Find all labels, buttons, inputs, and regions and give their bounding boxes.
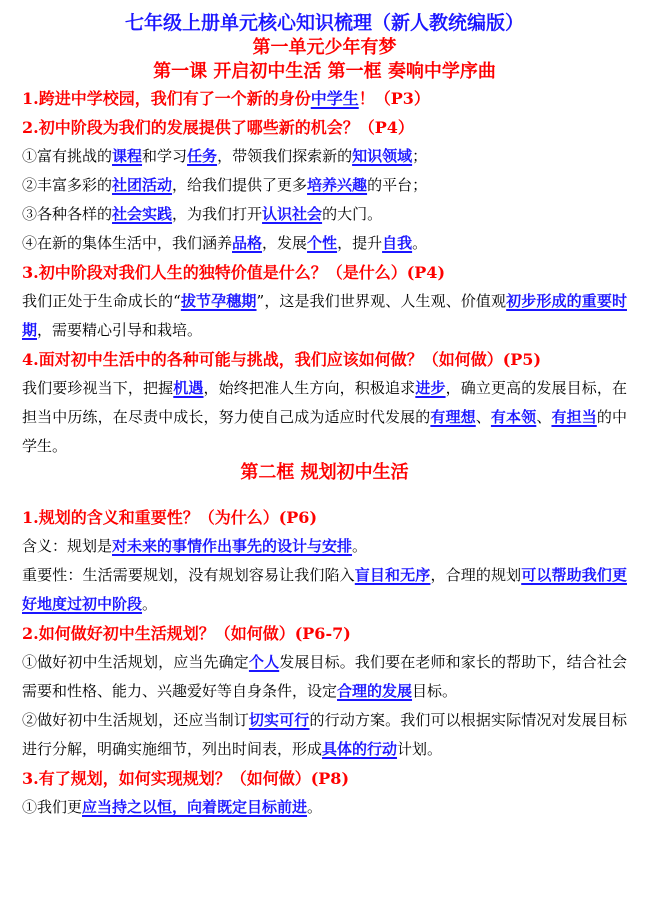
key-term: 有理想	[430, 408, 475, 426]
text-segment: ①做好初中生活规划，应当先确定	[22, 653, 249, 671]
text-segment: 1.跨进中学校园，我们有了一个新的身份	[22, 89, 311, 108]
key-term: 切实可行	[249, 711, 310, 729]
text-segment: ；	[412, 147, 427, 165]
answer-4: 我们要珍视当下，把握机遇，始终把准人生方向，积极追求进步，确立更高的发展目标，在…	[22, 374, 627, 461]
answer-2-1-meaning: 含义：规划是对未来的事情作出事先的设计与安排。	[22, 532, 627, 561]
text-segment: 3.初中阶段对我们人生的独特价值是什么？（是什么）(P4)	[22, 263, 445, 282]
text-segment: ，发展	[262, 234, 307, 252]
text-segment: ①我们更	[22, 798, 82, 816]
answer-2-2-point-1: ①做好初中生活规划，应当先确定个人发展目标。我们要在老师和家长的帮助下，结合社会…	[22, 648, 627, 706]
question-4: 4.面对初中生活中的各种可能与挑战，我们应该如何做？（如何做）(P5)	[22, 345, 627, 374]
answer-2-point-4: ④在新的集体生活中，我们涵养品格，发展个性，提升自我。	[22, 229, 627, 258]
key-term: 个人	[249, 653, 279, 671]
key-term: 盲目和无序	[355, 566, 431, 584]
lesson-frame-heading: 第一课 开启初中生活 第一框 奏响中学序曲	[22, 60, 627, 84]
key-term: 培养兴趣	[307, 176, 367, 194]
text-segment: ，带领我们探索新的	[217, 147, 352, 165]
text-segment: 2.初中阶段为我们的发展提供了哪些新的机会？（P4）	[22, 118, 414, 137]
key-term: 认识社会	[262, 205, 322, 223]
frame-2-heading: 第二框 规划初中生活	[22, 461, 627, 485]
question-1: 1.跨进中学校园，我们有了一个新的身份中学生！（P3）	[22, 84, 627, 113]
text-segment: ，需要精心引导和栽培。	[37, 321, 202, 339]
key-term: 合理的发展	[337, 682, 412, 700]
key-term: 任务	[187, 147, 217, 165]
key-term: 自我	[382, 234, 412, 252]
key-term: 社会实践	[112, 205, 172, 223]
text-segment: ②丰富多彩的	[22, 176, 112, 194]
text-segment: ，为我们打开	[172, 205, 262, 223]
key-term: 具体的行动	[322, 740, 397, 758]
key-term: 知识领域	[352, 147, 412, 165]
key-term: 中学生	[311, 89, 359, 108]
text-segment: 的大门。	[322, 205, 382, 223]
answer-2-point-3: ③各种各样的社会实践，为我们打开认识社会的大门。	[22, 200, 627, 229]
key-term: 有本领	[491, 408, 536, 426]
document-body: 七年级上册单元核心知识梳理（新人教统编版）第一单元少年有梦第一课 开启初中生活 …	[0, 0, 649, 822]
text-segment: 含义：规划是	[22, 537, 112, 555]
doc-title: 七年级上册单元核心知识梳理（新人教统编版）	[22, 10, 627, 36]
question-3: 3.初中阶段对我们人生的独特价值是什么？（是什么）(P4)	[22, 258, 627, 287]
text-segment: 目标。	[412, 682, 457, 700]
key-term: 拔节孕穗期	[181, 292, 257, 310]
text-segment: 、	[536, 408, 551, 426]
text-segment: 。	[307, 798, 322, 816]
answer-2-1-importance: 重要性：生活需要规划，没有规划容易让我们陷入盲目和无序，合理的规划可以帮助我们更…	[22, 561, 627, 619]
text-segment: 的平台；	[367, 176, 427, 194]
text-segment: 。	[412, 234, 427, 252]
text-segment: 重要性：生活需要规划，没有规划容易让我们陷入	[22, 566, 355, 584]
text-segment: ③各种各样的	[22, 205, 112, 223]
text-segment: ，给我们提供了更多	[172, 176, 307, 194]
text-segment: ”，这是我们世界观、人生观、价值观	[257, 292, 507, 310]
key-term: 应当持之以恒，向着既定目标前进	[82, 798, 307, 816]
text-segment: 我们要珍视当下，把握	[22, 379, 173, 397]
text-segment: 4.面对初中生活中的各种可能与挑战，我们应该如何做？（如何做）(P5)	[22, 350, 541, 369]
answer-2-point-2: ②丰富多彩的社团活动，给我们提供了更多培养兴趣的平台；	[22, 171, 627, 200]
answer-2-2-point-2: ②做好初中生活规划，还应当制订切实可行的行动方案。我们可以根据实际情况对发展目标…	[22, 706, 627, 764]
question-2: 2.初中阶段为我们的发展提供了哪些新的机会？（P4）	[22, 113, 627, 142]
text-segment: 计划。	[397, 740, 442, 758]
text-segment: 。	[352, 537, 367, 555]
unit-heading: 第一单元少年有梦	[22, 36, 627, 60]
text-segment: 和学习	[142, 147, 187, 165]
key-term: 对未来的事情作出事先的设计与安排	[112, 537, 352, 555]
key-term: 个性	[307, 234, 337, 252]
question-2-2: 2.如何做好初中生活规划？（如何做）(P6-7)	[22, 619, 627, 648]
text-segment: 1.规划的含义和重要性？（为什么）(P6)	[22, 508, 317, 527]
answer-2-3-point-1: ①我们更应当持之以恒，向着既定目标前进。	[22, 793, 627, 822]
text-segment: ①富有挑战的	[22, 147, 112, 165]
question-2-3: 3.有了规划，如何实现规划？（如何做）(P8)	[22, 764, 627, 793]
text-segment: ④在新的集体生活中，我们涵养	[22, 234, 232, 252]
text-segment: ②做好初中生活规划，还应当制订	[22, 711, 249, 729]
key-term: 品格	[232, 234, 262, 252]
blank-line	[22, 485, 627, 503]
answer-2-point-1: ①富有挑战的课程和学习任务，带领我们探索新的知识领域；	[22, 142, 627, 171]
text-segment: 3.有了规划，如何实现规划？（如何做）(P8)	[22, 769, 349, 788]
text-segment: 、	[476, 408, 491, 426]
text-segment: ，合理的规划	[430, 566, 521, 584]
text-segment: 我们正处于生命成长的“	[22, 292, 181, 310]
document-page: 七年级上册单元核心知识梳理（新人教统编版）第一单元少年有梦第一课 开启初中生活 …	[0, 0, 649, 918]
question-2-1: 1.规划的含义和重要性？（为什么）(P6)	[22, 503, 627, 532]
text-segment: ，始终把准人生方向，积极追求	[204, 379, 416, 397]
text-segment: 。	[142, 595, 157, 613]
text-segment: ，提升	[337, 234, 382, 252]
key-term: 进步	[415, 379, 445, 397]
key-term: 课程	[112, 147, 142, 165]
text-segment: 2.如何做好初中生活规划？（如何做）(P6-7)	[22, 624, 351, 643]
answer-3: 我们正处于生命成长的“拔节孕穗期”，这是我们世界观、人生观、价值观初步形成的重要…	[22, 287, 627, 345]
key-term: 社团活动	[112, 176, 172, 194]
key-term: 有担当	[551, 408, 596, 426]
text-segment: ！（P3）	[359, 89, 430, 108]
key-term: 机遇	[173, 379, 203, 397]
